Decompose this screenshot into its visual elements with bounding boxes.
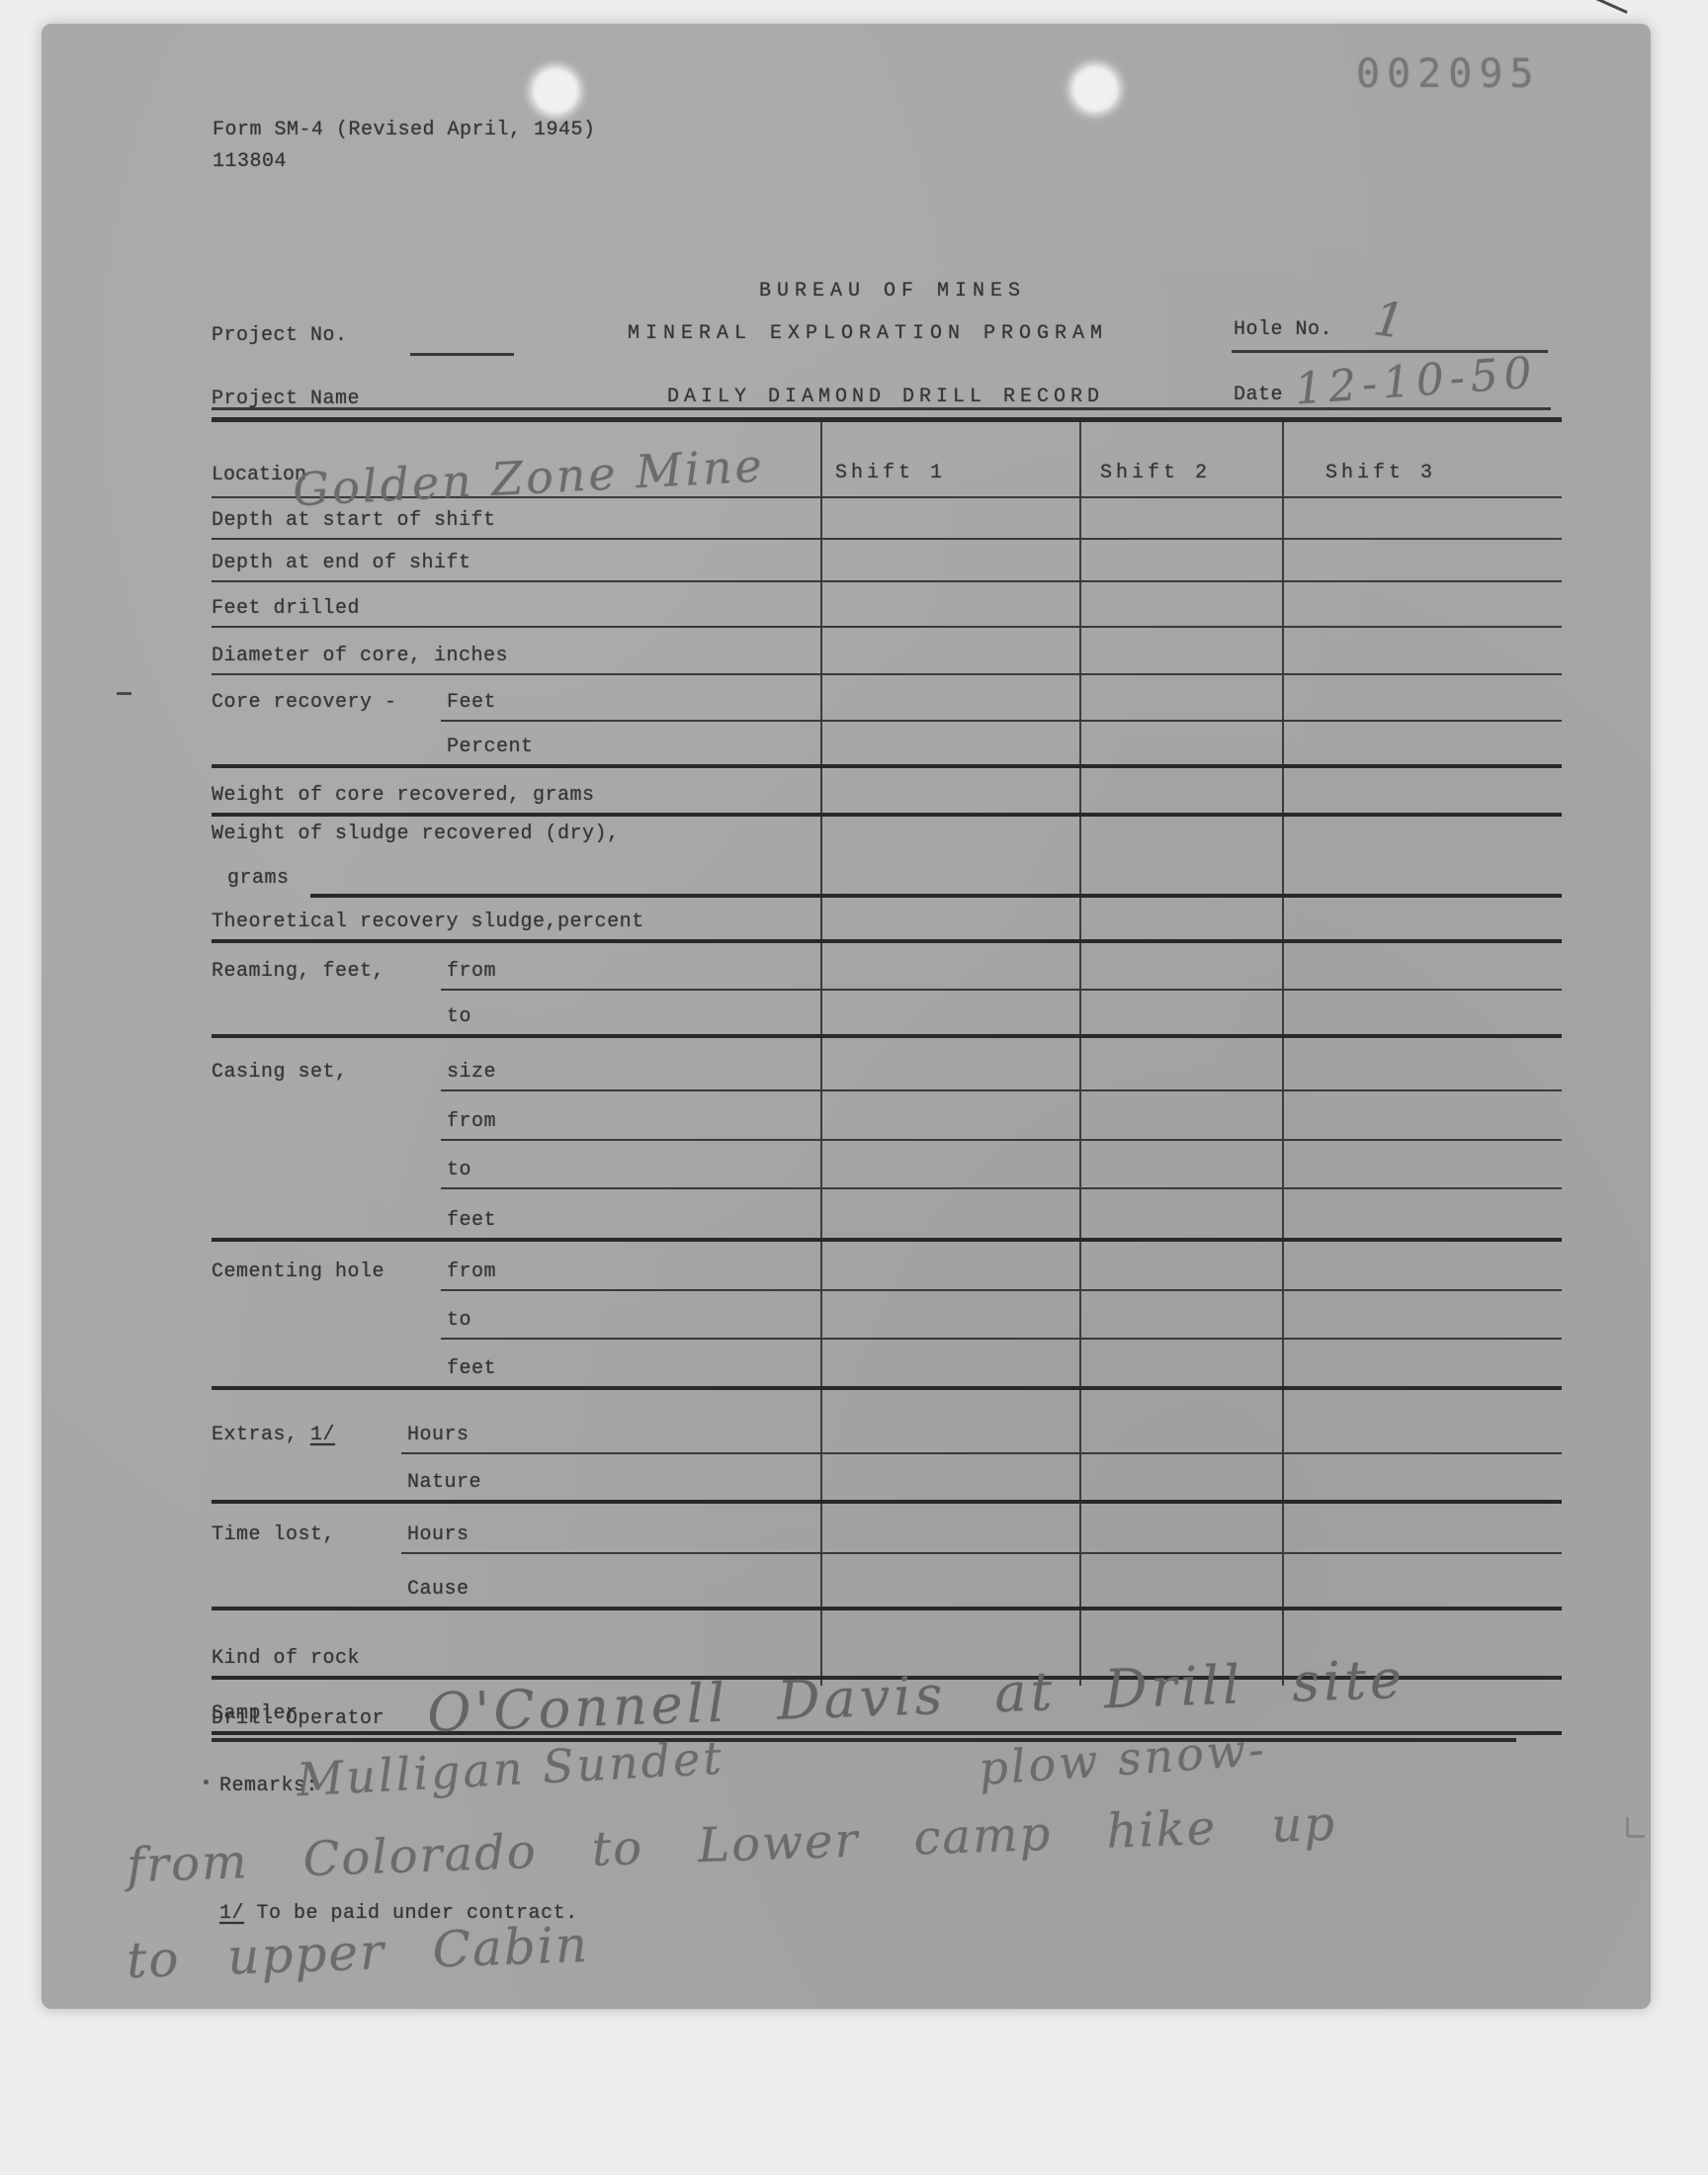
margin-dash-mark	[117, 692, 131, 695]
pencil-corner-mark	[1626, 1817, 1645, 1838]
location-row: Location Golden Zone Mine Shift 1 Shift …	[212, 422, 1562, 498]
remarks-bullet-mark	[204, 1780, 209, 1784]
hole-punch-right	[1071, 65, 1119, 113]
table-row: to	[212, 989, 1562, 1038]
row-sub-label: size	[447, 1061, 496, 1084]
table-row: to	[212, 1139, 1562, 1187]
row-label: Diameter of core, inches	[212, 645, 508, 667]
project-no-label: Project No.	[212, 324, 348, 347]
table-row: Feet drilled	[212, 582, 1562, 628]
table-row: from	[212, 1089, 1562, 1139]
table-row: Nature	[212, 1452, 1562, 1504]
row-label: Reaming, feet,	[212, 960, 397, 983]
row-label-footnote-ref: 1/	[310, 1424, 335, 1446]
row-label: Kind of rock	[212, 1647, 360, 1670]
row-label: Cementing hole	[212, 1261, 397, 1283]
table-row: to	[212, 1289, 1562, 1338]
row-sub-label: Hours	[407, 1523, 470, 1546]
table-row: Cementing hole from	[212, 1242, 1562, 1289]
table-row: feet	[212, 1187, 1562, 1242]
row-label: Depth at start of shift	[212, 509, 496, 532]
row-label: Weight of sludge recovered (dry),	[212, 823, 620, 845]
table-row: Weight of sludge recovered (dry),grams	[212, 817, 1562, 894]
serial-number-stamp: 002095	[1356, 51, 1541, 97]
table-row: Percent	[212, 720, 1562, 768]
row-sub-label: Hours	[407, 1424, 470, 1446]
table-row: feet	[212, 1338, 1562, 1390]
hole-no-label: Hole No.	[1234, 318, 1332, 341]
column-header-shift-3: Shift 3	[1325, 462, 1436, 484]
scan-scratch-mark	[1586, 0, 1627, 14]
row-sub-label: to	[447, 1005, 471, 1028]
column-header-shift-1: Shift 1	[835, 462, 946, 484]
form-number: 113804	[213, 150, 287, 173]
table-row: Depth at start of shift	[212, 498, 1562, 540]
row-sub-label: feet	[447, 1357, 496, 1380]
date-label: Date	[1234, 384, 1283, 406]
row-label: Depth at end of shift	[212, 552, 471, 574]
row-label: Theoretical recovery sludge,percent	[212, 911, 644, 933]
row-sub-label: feet	[447, 1209, 496, 1232]
footnote-marker: 1/	[219, 1902, 244, 1925]
row-label: Extras, 1/	[212, 1424, 335, 1446]
row-sub-label: Percent	[447, 736, 534, 758]
row-sub-label: from	[447, 1110, 496, 1133]
table-row: Time lost, Hours	[212, 1504, 1562, 1552]
program-title: MINERAL EXPLORATION PROGRAM	[628, 322, 1108, 345]
row-sub-label: from	[447, 1261, 496, 1283]
table-row: Theoretical recovery sludge,percent	[212, 894, 1562, 943]
row-sub-label: Nature	[407, 1471, 481, 1494]
table-row: Reaming, feet, from	[212, 943, 1562, 989]
agency-title: BUREAU OF MINES	[759, 280, 1026, 303]
table-row: Diameter of core, inches	[212, 628, 1562, 675]
record-title: DAILY DIAMOND DRILL RECORD	[667, 386, 1104, 408]
row-sub-label: Cause	[407, 1578, 470, 1601]
table-row: Cause	[212, 1552, 1562, 1610]
table-row: Depth at end of shift	[212, 540, 1562, 582]
row-sub-label: grams	[227, 867, 290, 890]
row-label: Time lost,	[212, 1523, 348, 1546]
column-header-shift-2: Shift 2	[1100, 462, 1211, 484]
table-row: Casing set,size	[212, 1038, 1562, 1089]
drill-record-table: Location Golden Zone Mine Shift 1 Shift …	[212, 417, 1562, 1735]
hole-punch-left	[532, 67, 579, 115]
row-sub-label: to	[447, 1309, 471, 1332]
drill-operator-label: Drill Operator	[212, 1707, 384, 1730]
row-label: Core recovery -	[212, 691, 409, 714]
form-id-line: Form SM-4 (Revised April, 1945)	[213, 119, 596, 141]
row-sub-label: to	[447, 1159, 471, 1181]
row-sub-label: from	[447, 960, 496, 983]
row-label: Weight of core recovered, grams	[212, 784, 595, 807]
project-name-blank-line	[212, 407, 1551, 410]
table-row: Extras, 1/Hours	[212, 1390, 1562, 1452]
project-no-blank-line	[410, 353, 514, 356]
table-row: Core recovery - Feet	[212, 675, 1562, 720]
table-row: Weight of core recovered, grams	[212, 768, 1562, 817]
row-label: Feet drilled	[212, 597, 360, 620]
row-label: Casing set,	[212, 1061, 348, 1084]
scanned-document-page: 002095 Form SM-4 (Revised April, 1945) 1…	[0, 0, 1708, 2175]
row-sub-label: Feet	[447, 691, 496, 714]
